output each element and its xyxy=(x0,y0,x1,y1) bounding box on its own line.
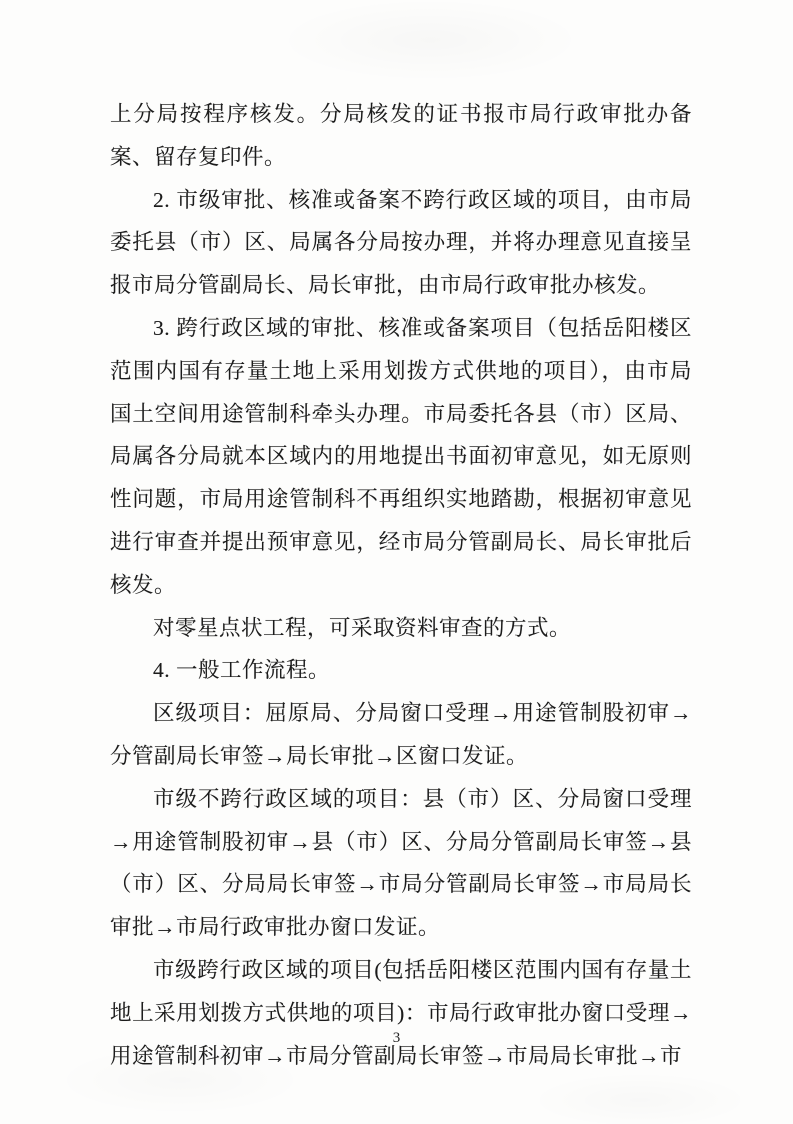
paragraph-4-general-workflow-heading: 4. 一般工作流程。 xyxy=(110,649,692,692)
document-body: 上分局按程序核发。分局核发的证书报市局行政审批办备案、留存复印件。 2. 市级审… xyxy=(110,93,692,1077)
paragraph-2-city-level-non-cross-region: 2. 市级审批、核准或备案不跨行政区域的项目，由市局委托县（市）区、局属各分局按… xyxy=(110,179,692,307)
paragraph-scattered-point-projects: 对零星点状工程，可采取资料审查的方式。 xyxy=(110,607,692,650)
paragraph-3-cross-region-projects: 3. 跨行政区域的审批、核准或备案项目（包括岳阳楼区范围内国有存量土地上采用划拨… xyxy=(110,307,692,607)
page-number: 3 xyxy=(0,1030,793,1047)
paragraph-continuation-certificate-filing: 上分局按程序核发。分局核发的证书报市局行政审批办备案、留存复印件。 xyxy=(110,93,692,179)
paragraph-city-cross-region-workflow: 市级跨行政区域的项目(包括岳阳楼区范围内国有存量土地上采用划拨方式供地的项目)：… xyxy=(110,949,692,1077)
paragraph-district-level-workflow: 区级项目：屈原局、分局窗口受理→用途管制股初审→分管副局长审签→局长审批→区窗口… xyxy=(110,692,692,778)
paragraph-city-non-cross-region-workflow: 市级不跨行政区域的项目：县（市）区、分局窗口受理→用途管制股初审→县（市）区、分… xyxy=(110,778,692,949)
document-page: 上分局按程序核发。分局核发的证书报市局行政审批办备案、留存复印件。 2. 市级审… xyxy=(0,0,793,1124)
